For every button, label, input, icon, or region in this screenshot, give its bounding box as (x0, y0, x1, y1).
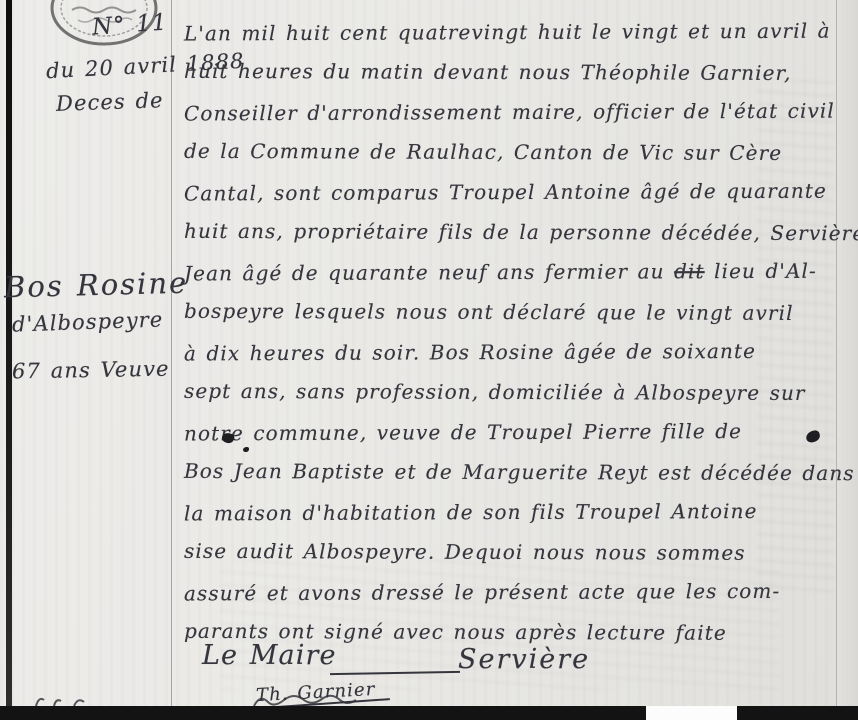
record-line: bospeyre lesquels nous ont déclaré que l… (184, 291, 848, 333)
record-line: sept ans, sans profession, domiciliée à … (184, 371, 848, 413)
line-prefix: Jean âgé de quarante neuf ans fermier au (184, 259, 674, 285)
act-number: N° 11 (91, 9, 168, 40)
act-body-text: L'an mil huit cent quatrevingt huit le v… (184, 12, 848, 652)
record-line: assuré et avons dressé le présent acte q… (184, 571, 848, 614)
record-line: de la Commune de Raulhac, Canton de Vic … (184, 131, 848, 173)
binding-edge-bar (6, 0, 12, 706)
line-suffix: lieu d'Al- (705, 259, 817, 283)
record-line: Conseiller d'arrondissement maire, offic… (184, 91, 848, 134)
signature-flourish-line (330, 671, 460, 675)
record-line: huit heures du matin devant nous Théophi… (184, 51, 848, 93)
scan-edge-gap (646, 706, 737, 720)
record-line: notre commune, veuve de Troupel Pierre f… (184, 411, 848, 454)
record-line-with-strikethrough: Jean âgé de quarante neuf ans fermier au… (184, 251, 848, 294)
record-line: L'an mil huit cent quatrevingt huit le v… (184, 11, 848, 54)
record-line: la maison d'habitation de son fils Troup… (184, 491, 848, 534)
struck-word: dit (674, 259, 705, 283)
deceased-place: d'Albospeyre (12, 307, 164, 336)
record-line: Cantal, sont comparus Troupel Antoine âg… (184, 171, 848, 214)
margin-rule-line (171, 0, 172, 706)
deceased-name: Bos Rosine (4, 266, 189, 305)
record-line: à dix heures du soir. Bos Rosine âgée de… (184, 331, 848, 374)
record-line: huit ans, propriétaire fils de la person… (184, 211, 848, 253)
scan-edge-bar (0, 706, 646, 720)
deceased-age-status: 67 ans Veuve (12, 357, 170, 384)
record-line: Bos Jean Baptiste et de Marguerite Reyt … (184, 451, 848, 493)
act-type-label: Deces de (56, 88, 164, 116)
serviere-signature: Servière (458, 644, 590, 675)
record-line: sise audit Albospeyre. Dequoi nous nous … (184, 531, 848, 573)
cutoff-margin-marks (30, 692, 100, 706)
register-page: N° 11 du 20 avril 1888 Deces de Bos Rosi… (0, 0, 858, 720)
scan-edge-bar (737, 706, 858, 720)
maire-label: Le Maire (202, 640, 337, 671)
cutoff-signature-strokes (250, 694, 370, 706)
